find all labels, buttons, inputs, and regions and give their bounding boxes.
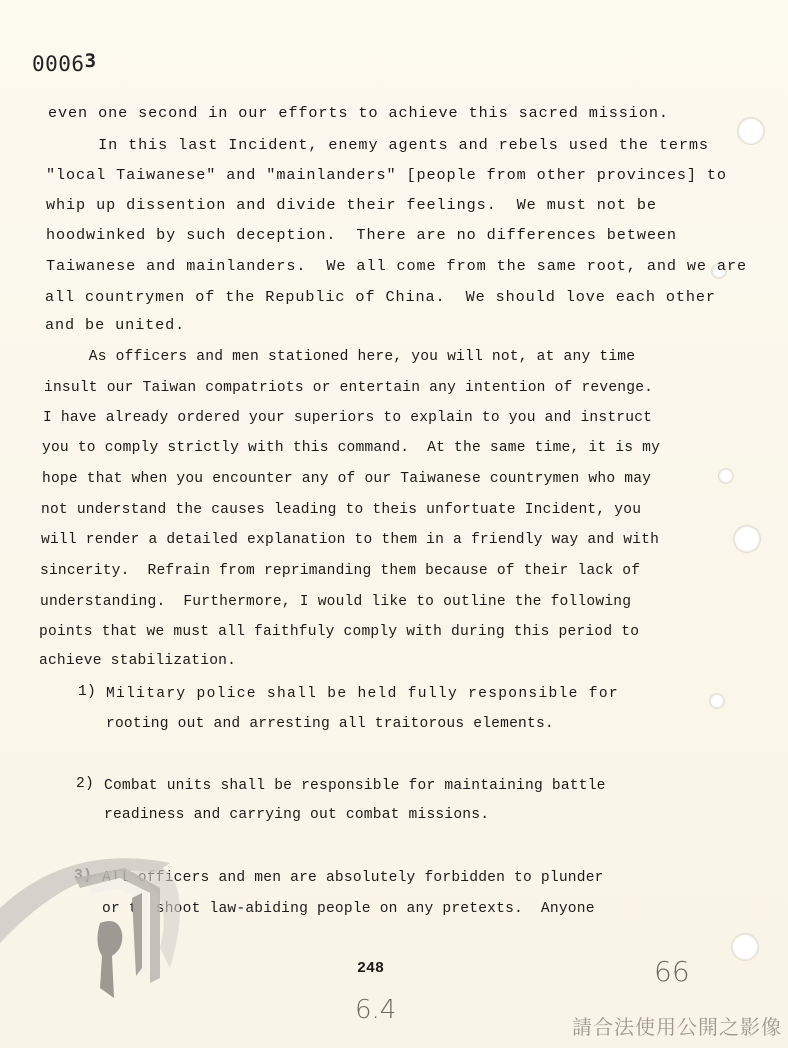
punch-hole — [709, 693, 725, 709]
punch-hole — [733, 525, 761, 553]
body-line: insult our Taiwan compatriots or enterta… — [44, 380, 653, 396]
punch-hole — [731, 933, 759, 961]
punch-hole — [737, 117, 765, 145]
punch-hole — [718, 468, 734, 484]
list-item-line: rooting out and arresting all traitorous… — [106, 716, 554, 732]
body-line: and be united. — [45, 316, 185, 334]
body-line: "local Taiwanese" and "mainlanders" [peo… — [46, 166, 727, 184]
document-number: 00063 — [32, 52, 97, 76]
body-line: whip up dissention and divide their feel… — [46, 196, 657, 214]
list-item-line: readiness and carrying out combat missio… — [104, 807, 489, 823]
watermark-text: 請合法使用公開之影像 — [572, 1011, 782, 1040]
body-line: hope that when you encounter any of our … — [42, 471, 651, 487]
body-line: sincerity. Refrain from reprimanding the… — [40, 563, 640, 579]
handwritten-annotation: 66 — [654, 955, 690, 988]
body-line: hoodwinked by such deception. There are … — [46, 226, 677, 244]
doc-number-main: 0006 — [32, 52, 85, 76]
body-line: all countrymen of the Republic of China.… — [45, 288, 716, 306]
list-marker: 2) — [76, 776, 94, 792]
body-line: As officers and men stationed here, you … — [44, 349, 635, 365]
body-line: you to comply strictly with this command… — [42, 440, 660, 456]
body-line: Taiwanese and mainlanders. We all come f… — [46, 257, 747, 275]
body-line: even one second in our efforts to achiev… — [48, 104, 669, 122]
body-line: not understand the causes leading to the… — [41, 502, 641, 518]
page-number: 248 — [357, 960, 384, 977]
list-item-line: Military police shall be held fully resp… — [106, 686, 619, 702]
document-page: 00063 even one second in our efforts to … — [0, 0, 788, 1048]
body-line: I have already ordered your superiors to… — [43, 410, 652, 426]
body-line: points that we must all faithfuly comply… — [39, 624, 639, 640]
handwritten-annotation: 6.4 — [355, 995, 396, 1025]
list-item-line: Combat units shall be responsible for ma… — [104, 778, 606, 794]
list-marker: 3) — [74, 868, 92, 884]
list-marker: 1) — [78, 684, 96, 700]
list-item-line: or to shoot law-abiding people on any pr… — [102, 901, 595, 917]
doc-number-suffix: 3 — [85, 50, 97, 72]
body-line: will render a detailed explanation to th… — [41, 532, 659, 548]
body-line: understanding. Furthermore, I would like… — [40, 594, 631, 610]
list-item-line: All officers and men are absolutely forb… — [102, 870, 604, 886]
body-line: In this last Incident, enemy agents and … — [48, 136, 709, 154]
body-line: achieve stabilization. — [39, 653, 236, 669]
